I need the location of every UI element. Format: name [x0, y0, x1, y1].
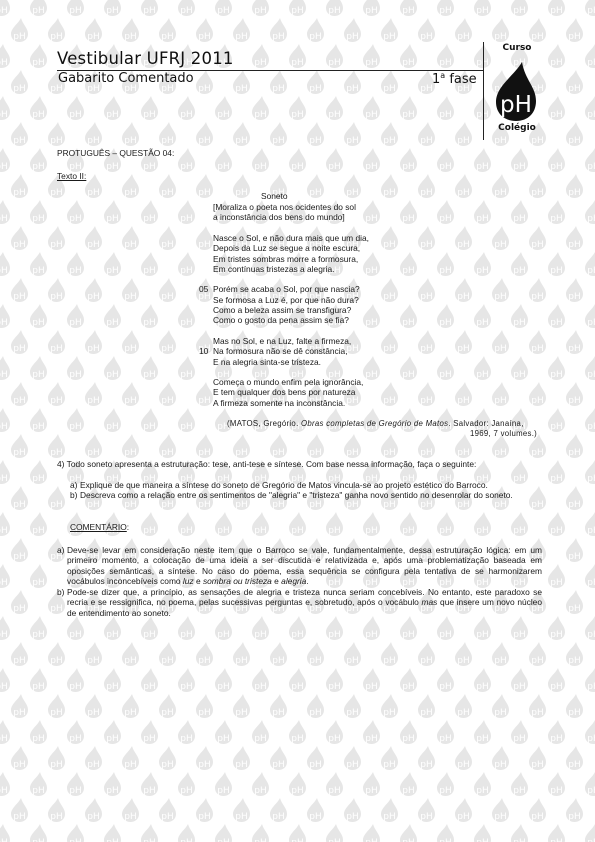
- question-heading: PROTUGUÊS – QUESTÃO 04:: [57, 148, 174, 158]
- poem-line: Na formosura não se dê constância,: [213, 346, 348, 356]
- question-text: Todo soneto apresenta a estruturação: te…: [67, 459, 477, 469]
- commentary-item-b: b) Pode-se dizer que, a princípio, as se…: [57, 587, 542, 618]
- poem-line: Mas no Sol, e na Luz, falte a firmeza,: [213, 336, 351, 346]
- poem-line: Se formosa a Luz é, por que não dura?: [213, 295, 359, 305]
- poem-line: Porém se acaba o Sol, por que nascia?: [213, 284, 360, 294]
- commentary-heading: COMENTÁRIO:: [70, 522, 129, 532]
- poem-citation-cont: 1969, 7 volumes.): [470, 429, 537, 438]
- document-title: Vestibular UFRJ 2011: [57, 49, 234, 68]
- poem-line: a inconstância dos bens do mundo]: [213, 212, 345, 222]
- poem-line: E na alegria sinta-se tristeza.: [213, 357, 321, 367]
- header-vertical-divider: [483, 42, 484, 140]
- poem-line: Nasce o Sol, e não dura mais que um dia,: [213, 233, 369, 243]
- poem-line: Como a beleza assim se transfigura?: [213, 305, 351, 315]
- poem-line: A firmeza somente na inconstância.: [213, 398, 345, 408]
- logo-curso-label: Curso: [497, 43, 537, 53]
- poem-title: Soneto: [261, 191, 288, 201]
- phase-ordinal: a: [440, 71, 445, 80]
- question-item-a: a) Explique de que maneira a síntese do …: [70, 480, 542, 490]
- question-item-b: b) Descreva como a relação entre os sent…: [70, 490, 542, 500]
- text-label: Texto II:: [57, 171, 86, 181]
- commentary-item-a: a) Deve-se levar em consideração neste i…: [57, 545, 542, 586]
- phase-word: fase: [449, 72, 476, 87]
- poem-line: [Moraliza o poeta nos ocidentes do sol: [213, 202, 356, 212]
- poem-citation: (MATOS, Gregório. Obras completas de Gre…: [227, 419, 524, 428]
- poem-line: Como o gosto da pena assim se fia?: [213, 315, 349, 325]
- question-statement: 4) Todo soneto apresenta a estruturação:…: [57, 459, 547, 469]
- document-subtitle: Gabarito Comentado: [58, 71, 194, 86]
- poem-line: E tem qualquer dos bens por natureza: [213, 387, 355, 397]
- poem-line: Em contínuas tristezas a alegria.: [213, 264, 335, 274]
- exam-phase: 1a fase: [432, 71, 477, 87]
- document-page: Vestibular UFRJ 2011 Gabarito Comentado …: [0, 0, 595, 842]
- line-number: 05: [199, 284, 208, 294]
- line-number: 10: [199, 346, 208, 356]
- svg-text:pH: pH: [500, 92, 532, 118]
- logo-colegio-label: Colégio: [494, 123, 540, 133]
- question-number: 4): [57, 459, 64, 469]
- poem-line: Depois da Luz se segue a noite escura,: [213, 243, 360, 253]
- poem-line: Em tristes sombras morre a formosura,: [213, 254, 358, 264]
- poem-line: Começa o mundo enfim pela ignorância,: [213, 377, 363, 387]
- ph-logo-icon: pH: [492, 60, 540, 122]
